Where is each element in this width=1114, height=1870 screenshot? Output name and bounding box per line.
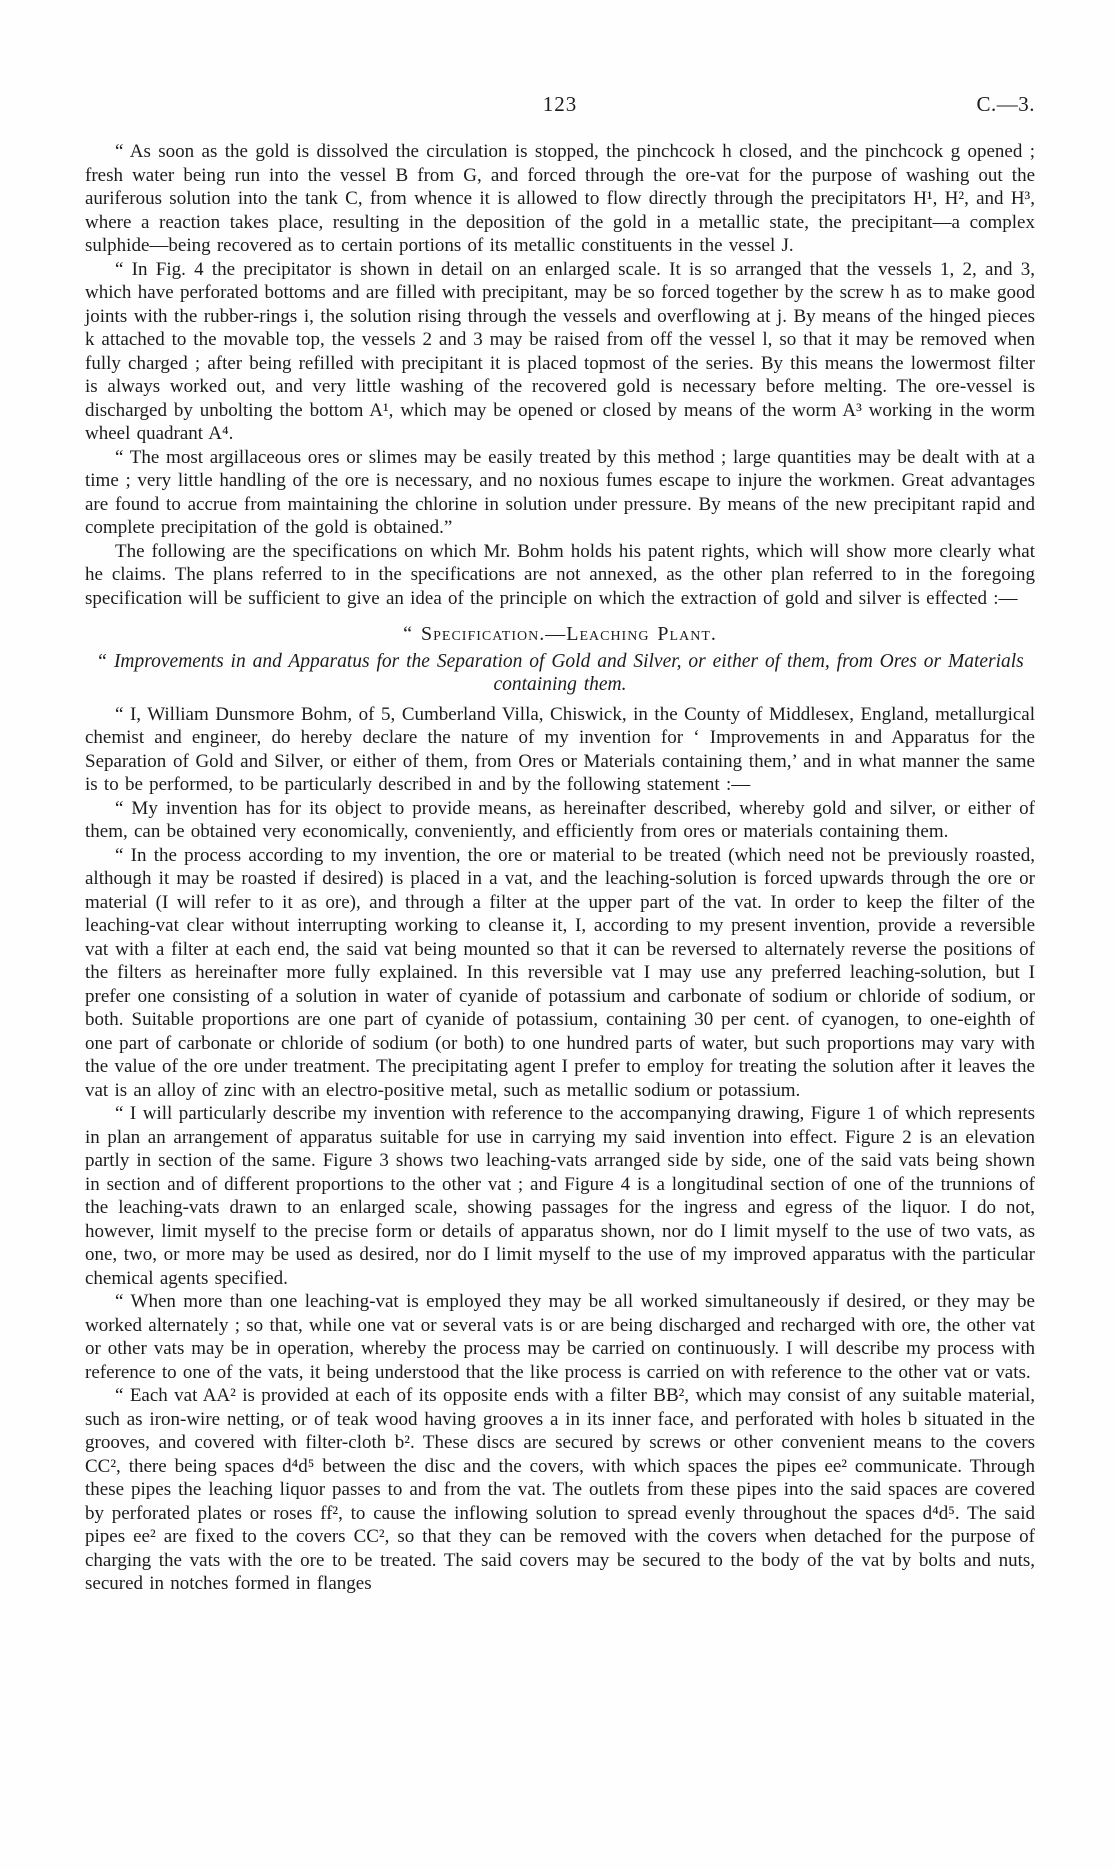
paragraph-4: The following are the specifications on … <box>85 540 1035 611</box>
paragraph-8: “ My invention has for its object to pro… <box>85 797 1035 844</box>
paragraph-12: “ Each vat AA² is provided at each of it… <box>85 1384 1035 1596</box>
document-page: 123 C.—3. “ As soon as the gold is disso… <box>0 0 1114 1870</box>
paragraph-1: “ As soon as the gold is dissolved the c… <box>85 140 1035 258</box>
paragraph-7: “ I, William Dunsmore Bohm, of 5, Cumber… <box>85 703 1035 797</box>
document-body: “ As soon as the gold is dissolved the c… <box>85 140 1035 1596</box>
paragraph-9: “ In the process according to my inventi… <box>85 844 1035 1103</box>
paragraph-6: “ Improvements in and Apparatus for the … <box>85 650 1035 697</box>
paragraph-11: “ When more than one leaching-vat is emp… <box>85 1290 1035 1384</box>
page-header: 123 C.—3. <box>85 92 1035 122</box>
paragraph-5: “ Specification.—Leaching Plant. <box>85 623 1035 647</box>
paragraph-10: “ I will particularly describe my invent… <box>85 1102 1035 1290</box>
paragraph-2: “ In Fig. 4 the precipitator is shown in… <box>85 258 1035 446</box>
paragraph-3: “ The most argillaceous ores or slimes m… <box>85 446 1035 540</box>
page-number: 123 <box>85 92 1035 117</box>
document-reference: C.—3. <box>976 92 1035 117</box>
